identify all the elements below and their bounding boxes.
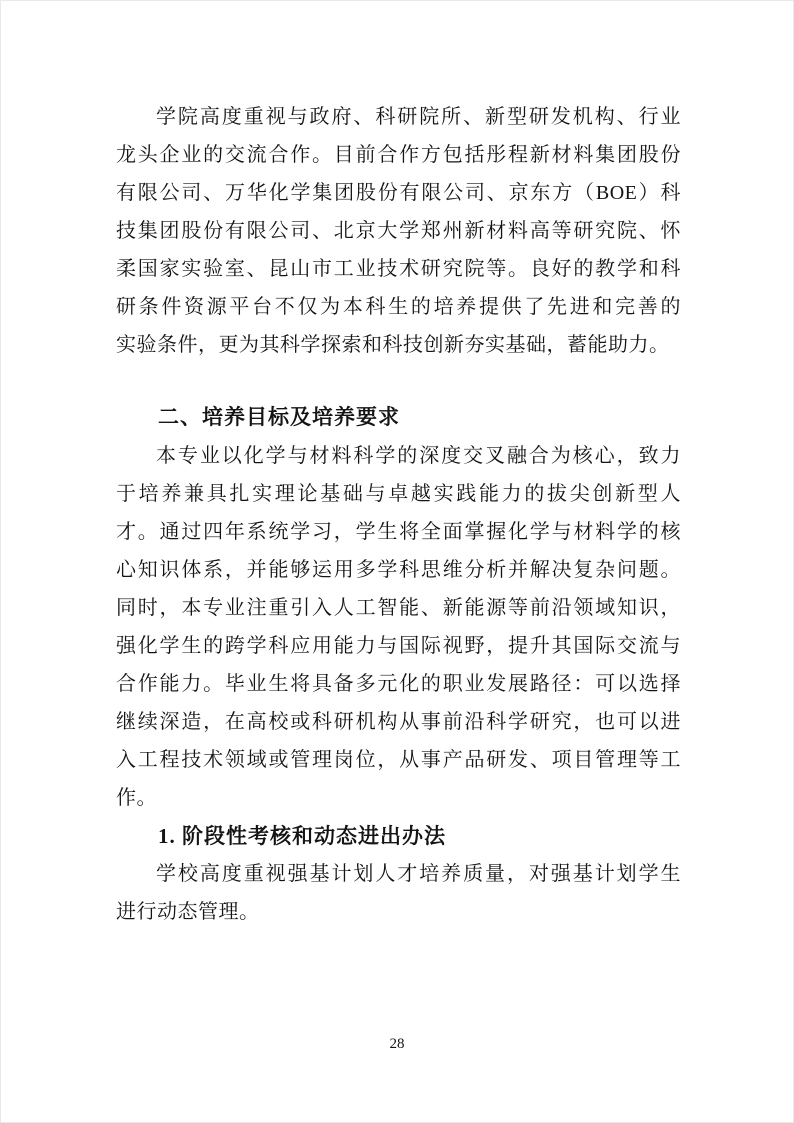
text-line: 实验条件，更为其科学探索和科技创新夯实基础，蓄能助力。: [116, 326, 681, 364]
text-line: 柔国家实验室、昆山市工业技术研究院等。良好的教学和科: [116, 250, 681, 288]
text-line: 技集团股份有限公司、北京大学郑州新材料高等研究院、怀: [116, 212, 681, 250]
text-line: 合作能力。毕业生将具备多元化的职业发展路径：可以选择: [116, 665, 681, 703]
text-line: 学校高度重视强基计划人才培养质量，对强基计划学生: [116, 855, 681, 893]
text-line: 于培养兼具扎实理论基础与卓越实践能力的拔尖创新型人: [116, 475, 681, 513]
text-line: 继续深造，在高校或科研机构从事前沿科学研究，也可以进: [116, 703, 681, 741]
text-line: 有限公司、万华化学集团股份有限公司、京东方（BOE）科: [116, 174, 681, 212]
text-line: 进行动态管理。: [116, 893, 681, 931]
document-content: 学院高度重视与政府、科研院所、新型研发机构、行业龙头企业的交流合作。目前合作方包…: [116, 98, 681, 931]
text-line: 才。通过四年系统学习，学生将全面掌握化学与材料学的核: [116, 513, 681, 551]
section-heading-training-objectives: 二、培养目标及培养要求: [116, 399, 681, 437]
text-line: 同时，本专业注重引入人工智能、新能源等前沿领域知识，: [116, 589, 681, 627]
document-page: 学院高度重视与政府、科研院所、新型研发机构、行业龙头企业的交流合作。目前合作方包…: [0, 0, 794, 1123]
text-line: 本专业以化学与材料科学的深度交叉融合为核心，致力: [116, 437, 681, 475]
text-line: 入工程技术领域或管理岗位，从事产品研发、项目管理等工: [116, 741, 681, 779]
text-line: 研条件资源平台不仅为本科生的培养提供了先进和完善的: [116, 288, 681, 326]
text-line: 龙头企业的交流合作。目前合作方包括彤程新材料集团股份: [116, 136, 681, 174]
text-line: 强化学生的跨学科应用能力与国际视野，提升其国际交流与: [116, 627, 681, 665]
text-line: 心知识体系，并能够运用多学科思维分析并解决复杂问题。: [116, 551, 681, 589]
page-number: 28: [1, 1034, 793, 1054]
subsection-heading-assessment: 1. 阶段性考核和动态进出办法: [116, 817, 681, 855]
text-line: 学院高度重视与政府、科研院所、新型研发机构、行业: [116, 98, 681, 136]
text-line: 作。: [116, 779, 681, 817]
